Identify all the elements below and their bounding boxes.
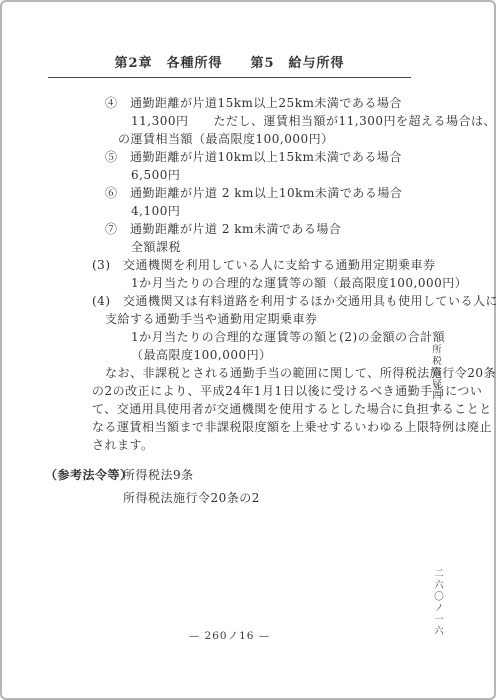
body-line: 1か月当たりの合理的な運賃等の額（最高限度100,000円） xyxy=(0,274,470,292)
reference-item: 所得税法9条 xyxy=(123,464,260,487)
body-text-block: ④ 通勤距離が片道15km以上25km未満である場合 11,300円 ただし、運… xyxy=(0,94,470,454)
side-page-label: 二六〇ノ一六 xyxy=(430,568,444,637)
body-line: (3) 交通機関を利用している人に支給する通勤用定期乗車券 xyxy=(0,256,470,274)
body-line: (4) 交通機関又は有料道路を利用するほか交通用具も使用している人に xyxy=(0,292,470,310)
body-line: ⑥ 通勤距離が片道 2 km以上10km未満である場合 xyxy=(0,184,470,202)
reference-label: （参考法令等） xyxy=(45,464,123,510)
body-line: されます。 xyxy=(0,436,470,454)
document-page: 第2章 各種所得 第5 給与所得 ④ 通勤距離が片道15km以上25km未満であ… xyxy=(0,0,496,700)
body-line: なお、非課税とされる通勤手当の範囲に関して、所得税法施行令20条 xyxy=(0,364,470,382)
reference-laws-block: （参考法令等） 所得税法9条 所得税法施行令20条の2 xyxy=(45,464,260,510)
body-line: ④ 通勤距離が片道15km以上25km未満である場合 xyxy=(0,94,470,112)
header-divider xyxy=(48,77,411,78)
body-line: の運賃相当額（最高限度100,000円） xyxy=(0,130,470,148)
body-line: の2の改正により、平成24年1月1日以後に受けるべき通勤手当につい xyxy=(0,382,470,400)
body-line: 1か月当たりの合理的な運賃等の額と(2)の金額の合計額 xyxy=(0,328,470,346)
side-tab-label: 所税質疑四九 xyxy=(428,344,442,413)
body-line: （最高限度100,000円） xyxy=(0,346,470,364)
reference-items: 所得税法9条 所得税法施行令20条の2 xyxy=(123,464,260,510)
body-line: なる運賃相当額まで非課税限度額を上乗せするいわゆる上限特例は廃止 xyxy=(0,418,470,436)
body-line: ⑤ 通勤距離が片道10km以上15km未満である場合 xyxy=(0,148,470,166)
reference-item: 所得税法施行令20条の2 xyxy=(123,487,260,510)
page-header-title: 第2章 各種所得 第5 給与所得 xyxy=(48,52,411,71)
body-line: 4,100円 xyxy=(0,202,470,220)
body-line: 6,500円 xyxy=(0,166,470,184)
body-line: て、交通用具使用者が交通機関を使用するとした場合に負担することと xyxy=(0,400,470,418)
body-line: ⑦ 通勤距離が片道 2 km未満である場合 xyxy=(0,220,470,238)
body-line: 11,300円 ただし、運賃相当額が11,300円を超える場合は、そ xyxy=(0,112,470,130)
page-number: — 260ノ16 — xyxy=(48,628,411,643)
body-line: 支給する通勤手当や通勤用定期乗車券 xyxy=(0,310,470,328)
body-line: 全額課税 xyxy=(0,238,470,256)
